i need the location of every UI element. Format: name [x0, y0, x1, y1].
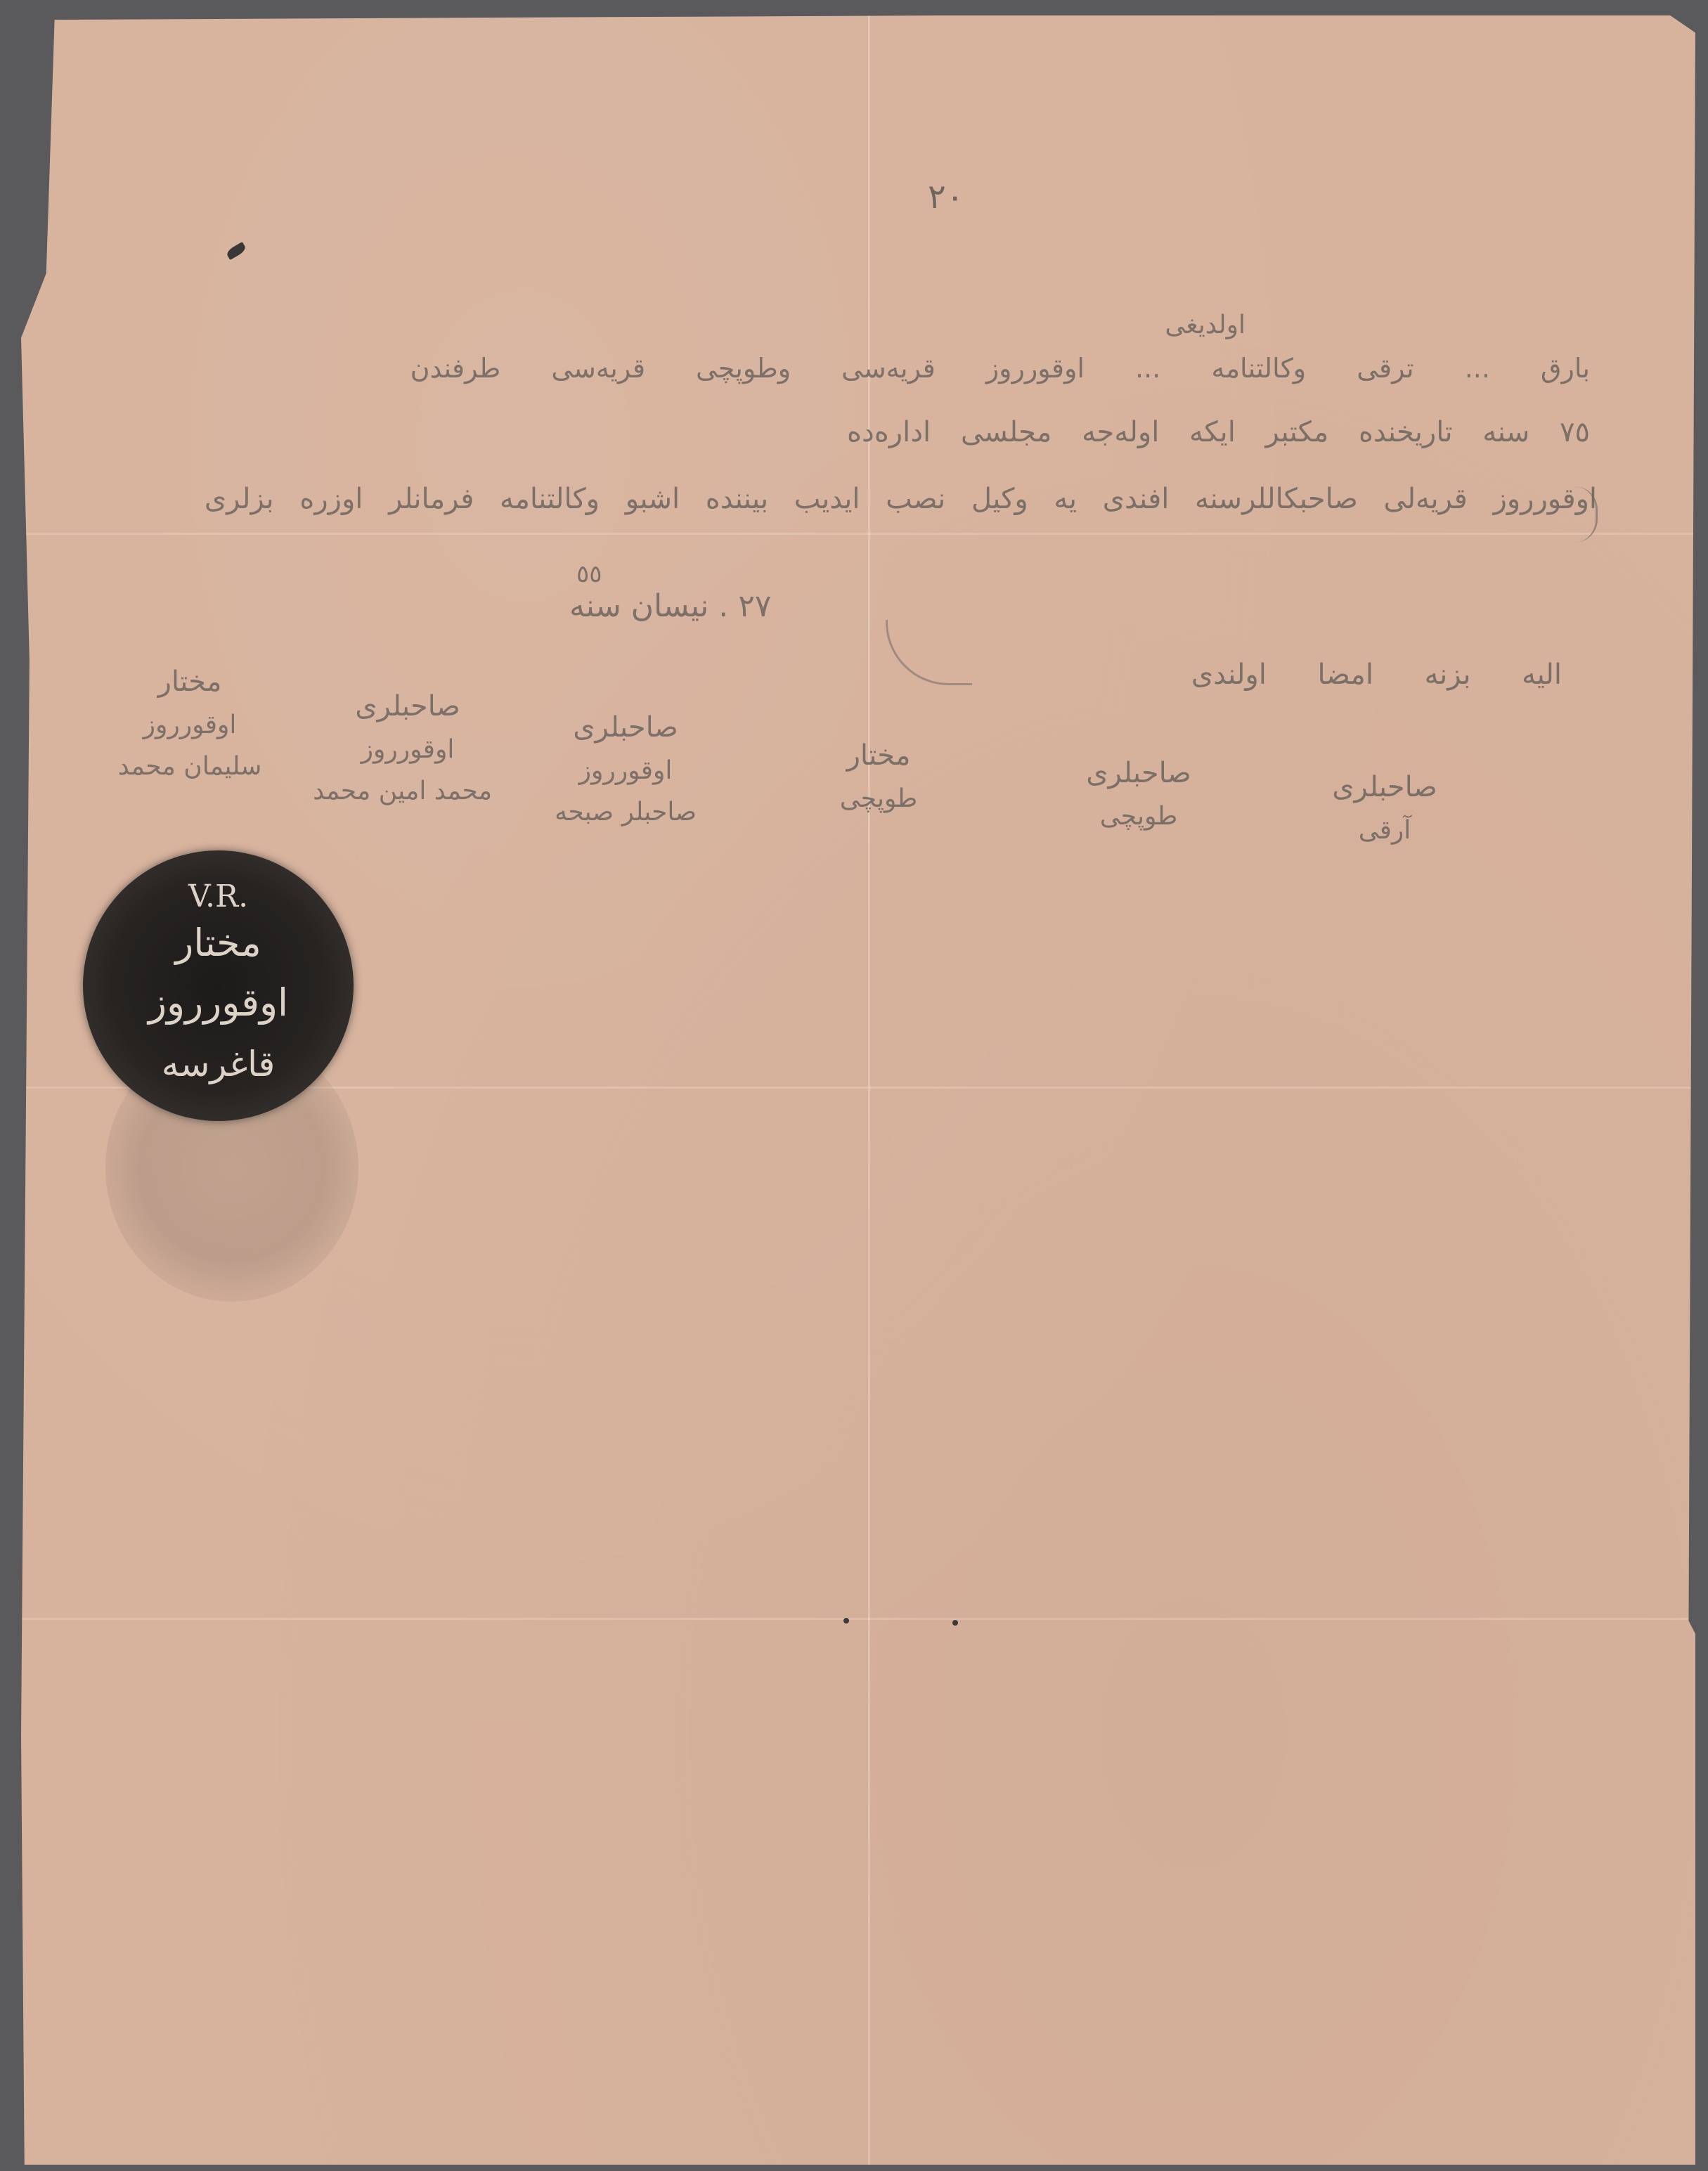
- signature-block: صاحبلری آرقی: [1307, 771, 1462, 857]
- mukhtar-seal: V.R. مختار اوقورروز قاغرسه: [83, 850, 354, 1121]
- signature-block: صاحبلری طوپچی: [1061, 757, 1216, 843]
- ink-mark: [225, 242, 247, 260]
- signature-label: صاحبلری: [1061, 757, 1216, 789]
- seal-district: قاغرسه: [83, 1044, 354, 1084]
- signature-village: طوپچی: [808, 784, 949, 813]
- text-line-3: اوقورروز قریه‌لی صاحبکاللرسنه افندی یه و…: [205, 483, 1597, 515]
- fold-line-horizontal: [21, 1618, 1695, 1620]
- seal-year: V.R.: [83, 879, 354, 914]
- seal-village: اوقورروز: [83, 980, 354, 1025]
- signature-village: اوقورروز: [541, 756, 710, 785]
- ink-speck: [952, 1620, 958, 1626]
- signature-village: اوقورروز: [98, 711, 281, 739]
- signature-village: اوقورروز: [323, 735, 492, 764]
- signature-village: طوپچی: [1061, 802, 1216, 831]
- signature-village: آرقی: [1307, 816, 1462, 845]
- document-page: ٢٠ اولدیغی بارق ... ترقی وکالتنامه ... ا…: [21, 15, 1695, 2165]
- text-line-1: بارق ... ترقی وکالتنامه ... اوقورروز قری…: [410, 353, 1590, 384]
- flourish-stroke: [886, 620, 972, 685]
- text-line-superscript: اولدیغی: [1165, 311, 1246, 339]
- signature-label: مختار: [808, 739, 949, 772]
- date-line: ٢٧ . نیسان سنه: [569, 588, 771, 624]
- signature-name: سلیمان محمد: [98, 752, 281, 781]
- signature-label: صاحبلری: [1307, 771, 1462, 803]
- fold-line-horizontal: [21, 533, 1695, 535]
- text-line-2: ٧٥ سنه تاریخنده مکتبر ایکه اوله‌جه مجلسی…: [847, 416, 1590, 448]
- signature-label: صاحبلری: [323, 690, 492, 722]
- signature-block: صاحبلری اوقورروز صاحبلر صبحه: [541, 711, 710, 839]
- page-number: ٢٠: [928, 177, 964, 216]
- signature-name: صاحبلر صبحه: [541, 798, 710, 827]
- signature-block: صاحبلری اوقورروز محمد امین محمد: [323, 690, 492, 818]
- date-superscript: ٥٥: [576, 560, 602, 588]
- signature-label: مختار: [98, 666, 281, 698]
- seal-title: مختار: [83, 921, 354, 965]
- signature-label: صاحبلری: [541, 711, 710, 744]
- fold-line-vertical: [868, 15, 870, 2165]
- text-line-4: الیه بزنه امضا اولندی: [1191, 659, 1562, 691]
- signature-block: مختار اوقورروز سلیمان محمد: [98, 666, 281, 793]
- signature-name: محمد امین محمد: [323, 777, 492, 805]
- ink-speck: [843, 1618, 849, 1624]
- signature-block: مختار طوپچی: [808, 739, 949, 826]
